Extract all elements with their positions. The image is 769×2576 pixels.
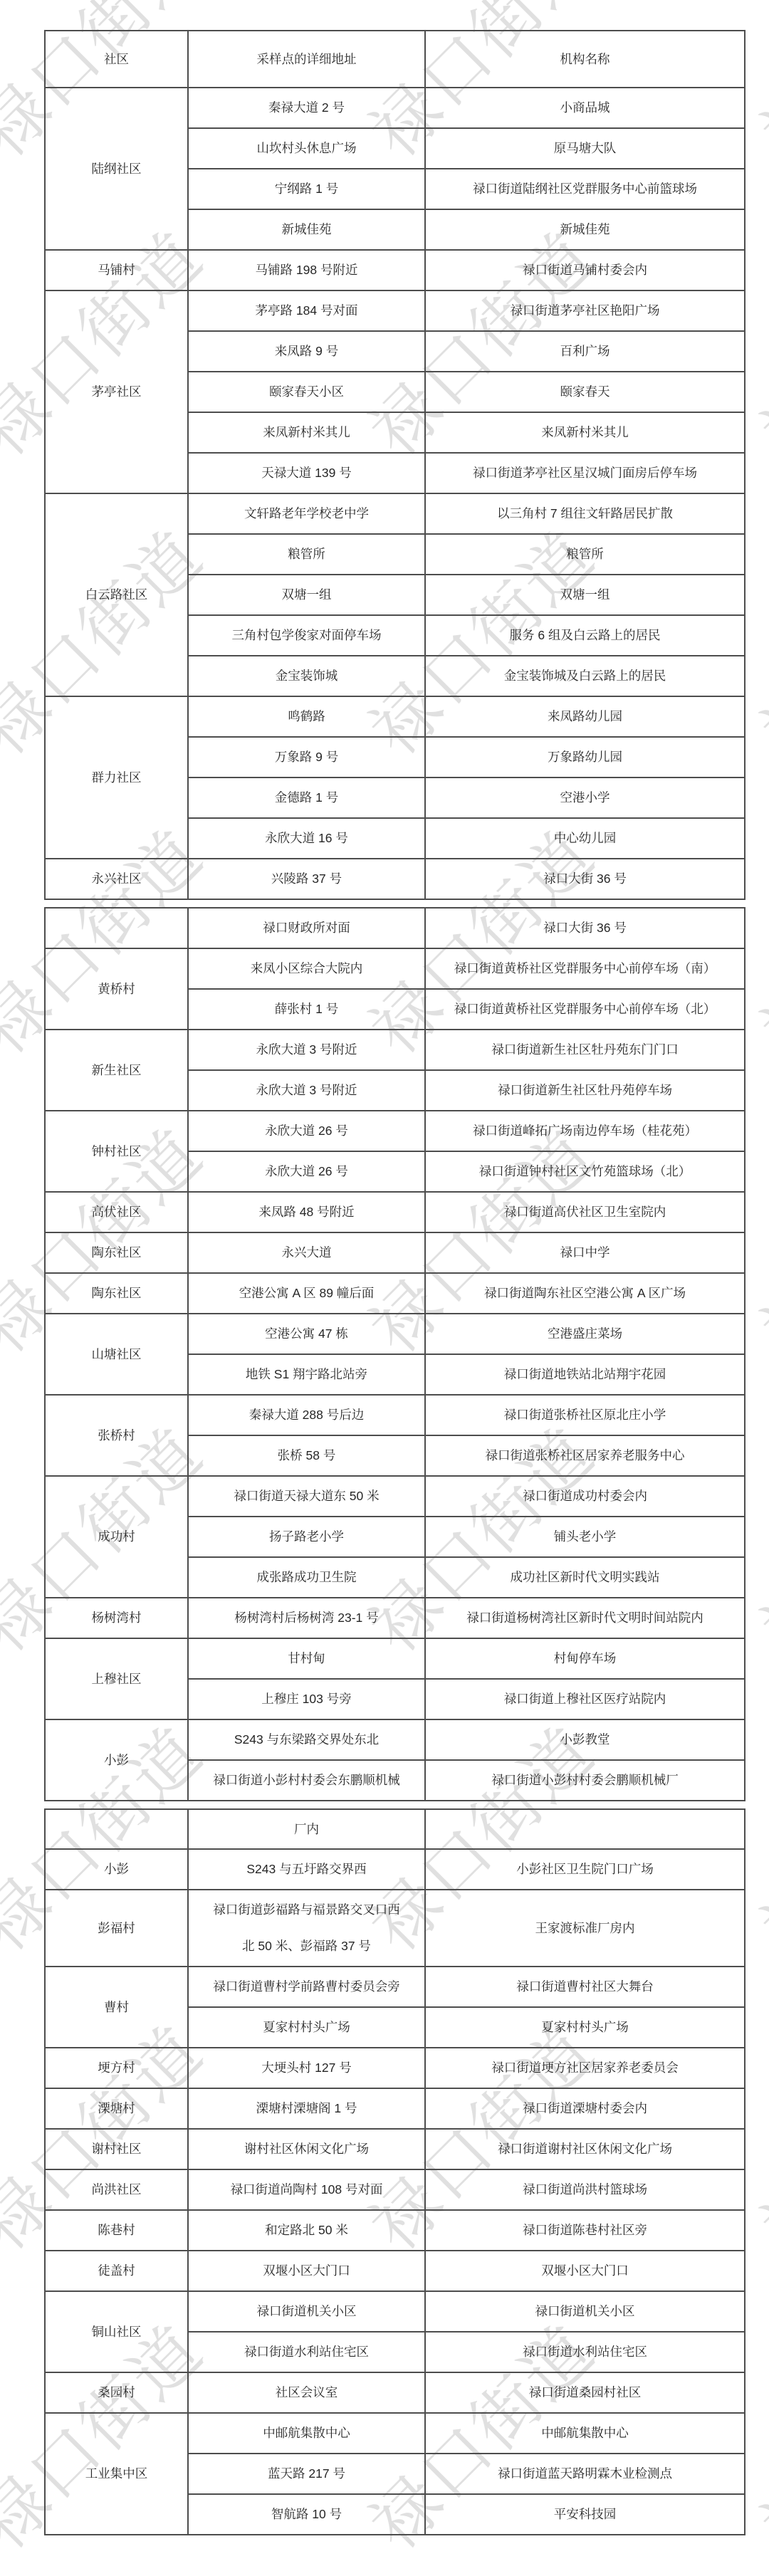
address-cell: 来凤小区综合大院内 bbox=[188, 948, 425, 989]
address-cell: 秦禄大道 288 号后边 bbox=[188, 1395, 425, 1435]
institution-cell: 以三角村 7 组往文轩路居民扩散 bbox=[425, 493, 745, 534]
institution-cell: 万象路幼儿园 bbox=[425, 737, 745, 777]
community-cell: 上穆社区 bbox=[45, 1638, 188, 1719]
address-cell: 永欣大道 3 号附近 bbox=[188, 1030, 425, 1070]
institution-cell: 中邮航集散中心 bbox=[425, 2413, 745, 2454]
address-cell: 禄口街道小彭村村委会东鹏顺机械 bbox=[188, 1760, 425, 1801]
address-cell: 永欣大道 3 号附近 bbox=[188, 1070, 425, 1111]
address-cell: 薛张村 1 号 bbox=[188, 989, 425, 1030]
address-cell: 中邮航集散中心 bbox=[188, 2413, 425, 2454]
address-cell: 来凤路 48 号附近 bbox=[188, 1192, 425, 1232]
institution-cell: 禄口街道黄桥社区党群服务中心前停车场（南） bbox=[425, 948, 745, 989]
institution-cell: 禄口街道陆纲社区党群服务中心前篮球场 bbox=[425, 169, 745, 209]
address-cell: 智航路 10 号 bbox=[188, 2494, 425, 2535]
address-cell: 万象路 9 号 bbox=[188, 737, 425, 777]
community-cell: 铜山社区 bbox=[45, 2291, 188, 2372]
community-cell: 陶东社区 bbox=[45, 1232, 188, 1273]
community-cell: 群力社区 bbox=[45, 696, 188, 859]
institution-cell: 禄口街道成功村委会内 bbox=[425, 1476, 745, 1517]
address-cell: S243 与五圩路交界西 bbox=[188, 1849, 425, 1890]
institution-cell: 禄口街道新生社区牡丹苑东门门口 bbox=[425, 1030, 745, 1070]
table-row: 白云路社区文轩路老年学校老中学以三角村 7 组往文轩路居民扩散 bbox=[45, 493, 745, 534]
institution-cell: 禄口街道地铁站北站翔宇花园 bbox=[425, 1354, 745, 1395]
table-row: 杨树湾村杨树湾村后杨树湾 23-1 号禄口街道杨树湾社区新时代文明时间站院内 bbox=[45, 1598, 745, 1638]
institution-cell: 禄口街道上穆社区医疗站院内 bbox=[425, 1679, 745, 1719]
column-header-3: 机构名称 bbox=[425, 31, 745, 88]
institution-cell: 禄口街道尚洪村篮球场 bbox=[425, 2169, 745, 2210]
institution-cell: 王家渡标准厂房内 bbox=[425, 1890, 745, 1967]
community-cell: 陈巷村 bbox=[45, 2210, 188, 2251]
address-cell: 大埂头村 127 号 bbox=[188, 2048, 425, 2088]
table-row: 陶东社区永兴大道禄口中学 bbox=[45, 1232, 745, 1273]
table-row: 群力社区鸣鹤路来凤路幼儿园 bbox=[45, 696, 745, 737]
community-cell: 陶东社区 bbox=[45, 1273, 188, 1314]
institution-cell: 禄口街道陶东社区空港公寓 A 区广场 bbox=[425, 1273, 745, 1314]
address-cell: 秦禄大道 2 号 bbox=[188, 88, 425, 128]
table-row: 溧塘村溧塘村溧塘阁 1 号禄口街道溧塘村委会内 bbox=[45, 2088, 745, 2129]
table-row: 小彭S243 与五圩路交界西小彭社区卫生院门口广场 bbox=[45, 1849, 745, 1890]
table-row: 禄口财政所对面禄口大街 36 号 bbox=[45, 908, 745, 948]
table-row: 谢村社区谢村社区休闲文化广场禄口街道谢村社区休闲文化广场 bbox=[45, 2129, 745, 2169]
institution-cell: 禄口街道谢村社区休闲文化广场 bbox=[425, 2129, 745, 2169]
address-cell: 禄口街道彭福路与福景路交叉口西 北 50 米、彭福路 37 号 bbox=[188, 1890, 425, 1967]
table-row: 工业集中区中邮航集散中心中邮航集散中心 bbox=[45, 2413, 745, 2454]
institution-cell: 空港小学 bbox=[425, 777, 745, 818]
address-cell: 溧塘村溧塘阁 1 号 bbox=[188, 2088, 425, 2129]
address-cell: 空港公寓 47 栋 bbox=[188, 1314, 425, 1354]
community-cell: 茅亭社区 bbox=[45, 290, 188, 493]
institution-cell: 禄口街道张桥社区居家养老服务中心 bbox=[425, 1435, 745, 1476]
institution-cell: 禄口大街 36 号 bbox=[425, 859, 745, 899]
address-cell: 山坎村头休息广场 bbox=[188, 128, 425, 169]
address-cell: 禄口街道曹村学前路曹村委员会旁 bbox=[188, 1967, 425, 2007]
institution-cell: 双塘一组 bbox=[425, 575, 745, 615]
community-cell: 马铺村 bbox=[45, 250, 188, 290]
community-cell: 杨树湾村 bbox=[45, 1598, 188, 1638]
address-cell: 永欣大道 26 号 bbox=[188, 1151, 425, 1192]
institution-cell: 金宝装饰城及白云路上的居民 bbox=[425, 656, 745, 696]
community-cell: 小彭 bbox=[45, 1719, 188, 1801]
address-cell: 杨树湾村后杨树湾 23-1 号 bbox=[188, 1598, 425, 1638]
address-cell: 宁纲路 1 号 bbox=[188, 169, 425, 209]
address-cell: 文轩路老年学校老中学 bbox=[188, 493, 425, 534]
community-cell: 张桥村 bbox=[45, 1395, 188, 1476]
table-row: 陈巷村和定路北 50 米禄口街道陈巷村社区旁 bbox=[45, 2210, 745, 2251]
address-cell: 禄口街道水利站住宅区 bbox=[188, 2332, 425, 2372]
table-row: 陶东社区空港公寓 A 区 89 幢后面禄口街道陶东社区空港公寓 A 区广场 bbox=[45, 1273, 745, 1314]
address-cell: 来凤路 9 号 bbox=[188, 331, 425, 372]
address-cell: 颐家春天小区 bbox=[188, 372, 425, 412]
table-row: 新生社区永欣大道 3 号附近禄口街道新生社区牡丹苑东门门口 bbox=[45, 1030, 745, 1070]
institution-cell: 禄口街道桑园村社区 bbox=[425, 2372, 745, 2413]
address-cell: 永欣大道 16 号 bbox=[188, 818, 425, 859]
institution-cell: 成功社区新时代文明实践站 bbox=[425, 1557, 745, 1598]
community-cell: 黄桥村 bbox=[45, 948, 188, 1030]
address-cell: 新城佳苑 bbox=[188, 209, 425, 250]
table-row: 厂内 bbox=[45, 1809, 745, 1849]
institution-cell: 服务 6 组及白云路上的居民 bbox=[425, 615, 745, 656]
table-row: 铜山社区禄口街道机关小区禄口街道机关小区 bbox=[45, 2291, 745, 2332]
address-cell: 禄口街道天禄大道东 50 米 bbox=[188, 1476, 425, 1517]
institution-cell: 铺头老小学 bbox=[425, 1517, 745, 1557]
institution-cell: 禄口街道峰拓广场南边停车场（桂花苑） bbox=[425, 1111, 745, 1151]
institution-cell: 禄口街道钟村社区文竹苑篮球场（北） bbox=[425, 1151, 745, 1192]
community-cell: 白云路社区 bbox=[45, 493, 188, 696]
address-cell: 成张路成功卫生院 bbox=[188, 1557, 425, 1598]
community-cell: 永兴社区 bbox=[45, 859, 188, 899]
institution-cell: 小彭教堂 bbox=[425, 1719, 745, 1760]
community-cell: 尚洪社区 bbox=[45, 2169, 188, 2210]
community-cell: 工业集中区 bbox=[45, 2413, 188, 2535]
community-cell: 谢村社区 bbox=[45, 2129, 188, 2169]
address-cell: 来凤新村米其儿 bbox=[188, 412, 425, 453]
community-cell: 徒盖村 bbox=[45, 2251, 188, 2291]
institution-cell: 颐家春天 bbox=[425, 372, 745, 412]
column-header-2: 采样点的详细地址 bbox=[188, 31, 425, 88]
table-row: 茅亭社区茅亭路 184 号对面禄口街道茅亭社区艳阳广场 bbox=[45, 290, 745, 331]
institution-cell bbox=[425, 1809, 745, 1849]
institution-cell: 新城佳苑 bbox=[425, 209, 745, 250]
institution-cell: 来凤路幼儿园 bbox=[425, 696, 745, 737]
table-segment-2: 禄口财政所对面禄口大街 36 号黄桥村来凤小区综合大院内禄口街道黄桥社区党群服务… bbox=[44, 907, 746, 1801]
institution-cell: 双堰小区大门口 bbox=[425, 2251, 745, 2291]
table-row: 尚洪社区禄口街道尚陶村 108 号对面禄口街道尚洪村篮球场 bbox=[45, 2169, 745, 2210]
table-row: 马铺村马铺路 198 号附近禄口街道马铺村委会内 bbox=[45, 250, 745, 290]
table-row: 高伏社区来凤路 48 号附近禄口街道高伏社区卫生室院内 bbox=[45, 1192, 745, 1232]
institution-cell: 禄口街道机关小区 bbox=[425, 2291, 745, 2332]
address-cell: 禄口街道尚陶村 108 号对面 bbox=[188, 2169, 425, 2210]
community-cell: 小彭 bbox=[45, 1849, 188, 1890]
address-cell: 厂内 bbox=[188, 1809, 425, 1849]
address-cell: 茅亭路 184 号对面 bbox=[188, 290, 425, 331]
table-row: 黄桥村来凤小区综合大院内禄口街道黄桥社区党群服务中心前停车场（南） bbox=[45, 948, 745, 989]
community-cell: 彭福村 bbox=[45, 1890, 188, 1967]
table-row: 陆纲社区秦禄大道 2 号小商品城 bbox=[45, 88, 745, 128]
address-cell: 上穆庄 103 号旁 bbox=[188, 1679, 425, 1719]
address-cell: 马铺路 198 号附近 bbox=[188, 250, 425, 290]
address-cell: 鸣鹤路 bbox=[188, 696, 425, 737]
address-cell: 禄口财政所对面 bbox=[188, 908, 425, 948]
institution-cell: 禄口街道新生社区牡丹苑停车场 bbox=[425, 1070, 745, 1111]
institution-cell: 禄口街道陈巷村社区旁 bbox=[425, 2210, 745, 2251]
address-cell: S243 与东梁路交界处东北 bbox=[188, 1719, 425, 1760]
address-cell: 谢村社区休闲文化广场 bbox=[188, 2129, 425, 2169]
institution-cell: 小商品城 bbox=[425, 88, 745, 128]
institution-cell: 平安科技园 bbox=[425, 2494, 745, 2535]
address-cell: 兴陵路 37 号 bbox=[188, 859, 425, 899]
community-cell: 陆纲社区 bbox=[45, 88, 188, 250]
header-row: 社区采样点的详细地址机构名称 bbox=[45, 31, 745, 88]
institution-cell: 禄口街道小彭村村委会鹏顺机械厂 bbox=[425, 1760, 745, 1801]
table-segment-1: 社区采样点的详细地址机构名称陆纲社区秦禄大道 2 号小商品城山坎村头休息广场原马… bbox=[44, 30, 746, 900]
table-row: 彭福村禄口街道彭福路与福景路交叉口西 北 50 米、彭福路 37 号王家渡标准厂… bbox=[45, 1890, 745, 1967]
column-header-1: 社区 bbox=[45, 31, 188, 88]
institution-cell: 禄口街道曹村社区大舞台 bbox=[425, 1967, 745, 2007]
address-cell: 永欣大道 26 号 bbox=[188, 1111, 425, 1151]
address-cell: 空港公寓 A 区 89 幢后面 bbox=[188, 1273, 425, 1314]
table-row: 上穆社区甘村甸村甸停车场 bbox=[45, 1638, 745, 1679]
address-cell: 天禄大道 139 号 bbox=[188, 453, 425, 493]
sampling-points-table-document: 社区采样点的详细地址机构名称陆纲社区秦禄大道 2 号小商品城山坎村头休息广场原马… bbox=[44, 30, 746, 2535]
institution-cell: 粮管所 bbox=[425, 534, 745, 575]
address-cell: 粮管所 bbox=[188, 534, 425, 575]
institution-cell: 禄口街道水利站住宅区 bbox=[425, 2332, 745, 2372]
address-cell: 和定路北 50 米 bbox=[188, 2210, 425, 2251]
table-row: 埂方村大埂头村 127 号禄口街道埂方社区居家养老委员会 bbox=[45, 2048, 745, 2088]
address-cell: 三角村包学俊家对面停车场 bbox=[188, 615, 425, 656]
institution-cell: 空港盛庄菜场 bbox=[425, 1314, 745, 1354]
table-row: 永兴社区兴陵路 37 号禄口大街 36 号 bbox=[45, 859, 745, 899]
address-cell: 夏家村村头广场 bbox=[188, 2007, 425, 2048]
community-cell: 成功村 bbox=[45, 1476, 188, 1598]
community-cell bbox=[45, 1809, 188, 1849]
institution-cell: 禄口街道杨树湾社区新时代文明时间站院内 bbox=[425, 1598, 745, 1638]
table-row: 小彭S243 与东梁路交界处东北小彭教堂 bbox=[45, 1719, 745, 1760]
table-row: 徒盖村双堰小区大门口双堰小区大门口 bbox=[45, 2251, 745, 2291]
institution-cell: 夏家村村头广场 bbox=[425, 2007, 745, 2048]
community-cell: 埂方村 bbox=[45, 2048, 188, 2088]
institution-cell: 来凤新村米其儿 bbox=[425, 412, 745, 453]
institution-cell: 禄口街道茅亭社区艳阳广场 bbox=[425, 290, 745, 331]
address-cell: 扬子路老小学 bbox=[188, 1517, 425, 1557]
community-cell: 曹村 bbox=[45, 1967, 188, 2048]
table-row: 山塘社区空港公寓 47 栋空港盛庄菜场 bbox=[45, 1314, 745, 1354]
table-row: 曹村禄口街道曹村学前路曹村委员会旁禄口街道曹村社区大舞台 bbox=[45, 1967, 745, 2007]
address-cell: 禄口街道机关小区 bbox=[188, 2291, 425, 2332]
community-cell: 新生社区 bbox=[45, 1030, 188, 1111]
institution-cell: 禄口大街 36 号 bbox=[425, 908, 745, 948]
community-cell: 桑园村 bbox=[45, 2372, 188, 2413]
institution-cell: 百利广场 bbox=[425, 331, 745, 372]
institution-cell: 禄口街道马铺村委会内 bbox=[425, 250, 745, 290]
institution-cell: 禄口中学 bbox=[425, 1232, 745, 1273]
community-cell: 山塘社区 bbox=[45, 1314, 188, 1395]
institution-cell: 禄口街道黄桥社区党群服务中心前停车场（北） bbox=[425, 989, 745, 1030]
table-row: 张桥村秦禄大道 288 号后边禄口街道张桥社区原北庄小学 bbox=[45, 1395, 745, 1435]
institution-cell: 禄口街道溧塘村委会内 bbox=[425, 2088, 745, 2129]
institution-cell: 禄口街道埂方社区居家养老委员会 bbox=[425, 2048, 745, 2088]
address-cell: 蓝天路 217 号 bbox=[188, 2454, 425, 2494]
address-cell: 社区会议室 bbox=[188, 2372, 425, 2413]
institution-cell: 原马塘大队 bbox=[425, 128, 745, 169]
institution-cell: 中心幼儿园 bbox=[425, 818, 745, 859]
table-row: 钟村社区永欣大道 26 号禄口街道峰拓广场南边停车场（桂花苑） bbox=[45, 1111, 745, 1151]
institution-cell: 禄口街道高伏社区卫生室院内 bbox=[425, 1192, 745, 1232]
address-cell: 金宝装饰城 bbox=[188, 656, 425, 696]
table-row: 成功村禄口街道天禄大道东 50 米禄口街道成功村委会内 bbox=[45, 1476, 745, 1517]
address-cell: 张桥 58 号 bbox=[188, 1435, 425, 1476]
institution-cell: 村甸停车场 bbox=[425, 1638, 745, 1679]
address-cell: 永兴大道 bbox=[188, 1232, 425, 1273]
institution-cell: 小彭社区卫生院门口广场 bbox=[425, 1849, 745, 1890]
community-cell: 溧塘村 bbox=[45, 2088, 188, 2129]
address-cell: 双堰小区大门口 bbox=[188, 2251, 425, 2291]
address-cell: 双塘一组 bbox=[188, 575, 425, 615]
address-cell: 甘村甸 bbox=[188, 1638, 425, 1679]
community-cell bbox=[45, 908, 188, 948]
community-cell: 钟村社区 bbox=[45, 1111, 188, 1192]
address-cell: 地铁 S1 翔宇路北站旁 bbox=[188, 1354, 425, 1395]
table-segment-3: 厂内小彭S243 与五圩路交界西小彭社区卫生院门口广场彭福村禄口街道彭福路与福景… bbox=[44, 1808, 746, 2535]
table-row: 桑园村社区会议室禄口街道桑园村社区 bbox=[45, 2372, 745, 2413]
institution-cell: 禄口街道茅亭社区星汉城门面房后停车场 bbox=[425, 453, 745, 493]
institution-cell: 禄口街道张桥社区原北庄小学 bbox=[425, 1395, 745, 1435]
address-cell: 金德路 1 号 bbox=[188, 777, 425, 818]
institution-cell: 禄口街道蓝天路明霖木业检测点 bbox=[425, 2454, 745, 2494]
community-cell: 高伏社区 bbox=[45, 1192, 188, 1232]
